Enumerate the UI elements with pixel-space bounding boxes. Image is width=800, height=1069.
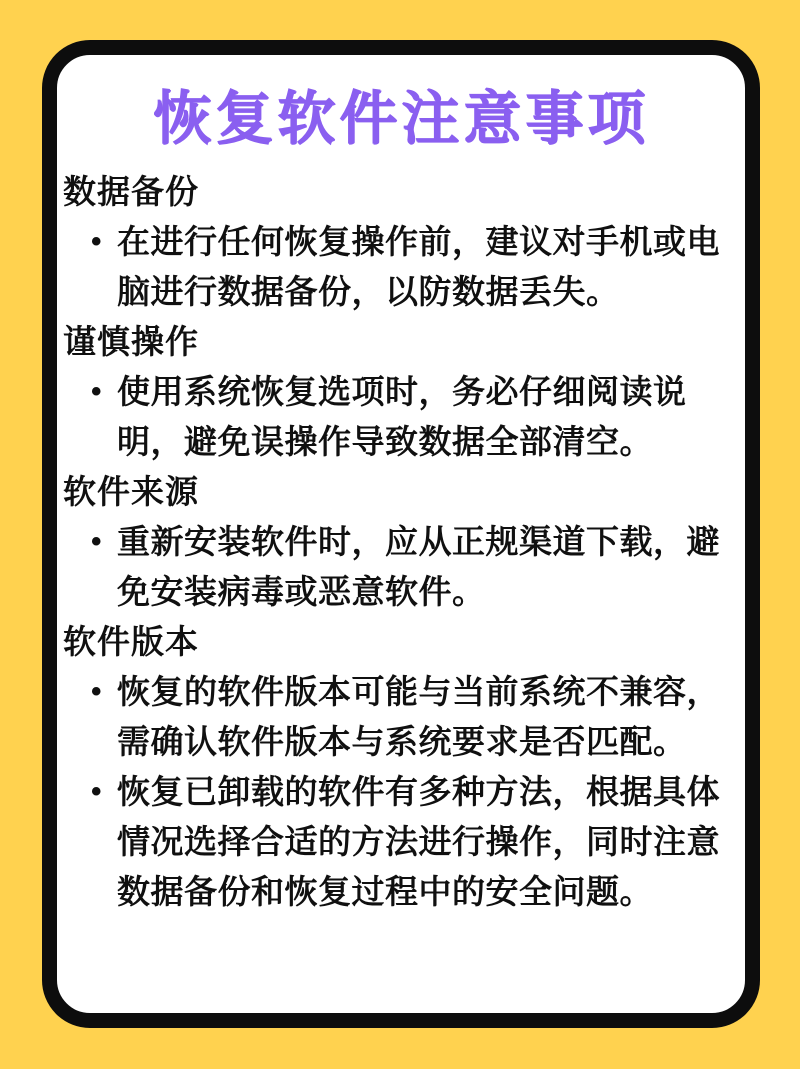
- bullet-text: 使用系统恢复选项时，务必仔细阅读说明，避免误操作导致数据全部清空。: [117, 367, 739, 467]
- notice-card: 恢复软件注意事项 数据备份 • 在进行任何恢复操作前，建议对手机或电脑进行数据备…: [42, 40, 760, 1028]
- section-careful-operation: 谨慎操作 • 使用系统恢复选项时，务必仔细阅读说明，避免误操作导致数据全部清空。: [61, 317, 741, 467]
- section-heading: 谨慎操作: [61, 317, 741, 367]
- bullet-text: 在进行任何恢复操作前，建议对手机或电脑进行数据备份，以防数据丢失。: [117, 217, 739, 317]
- poster-page: { "title": "恢复软件注意事项", "bullet_marker": …: [0, 0, 800, 1069]
- bullet-marker: •: [91, 667, 117, 717]
- list-item: • 在进行任何恢复操作前，建议对手机或电脑进行数据备份，以防数据丢失。: [91, 217, 739, 317]
- card-content: 恢复软件注意事项 数据备份 • 在进行任何恢复操作前，建议对手机或电脑进行数据备…: [57, 55, 745, 917]
- section-software-version: 软件版本 • 恢复的软件版本可能与当前系统不兼容，需确认软件版本与系统要求是否匹…: [61, 617, 741, 917]
- section-heading: 软件来源: [61, 467, 741, 517]
- bullet-text: 重新安装软件时，应从正规渠道下载，避免安装病毒或恶意软件。: [117, 517, 739, 617]
- section-heading: 数据备份: [61, 167, 741, 217]
- bullet-marker: •: [91, 367, 117, 417]
- list-item: • 恢复的软件版本可能与当前系统不兼容，需确认软件版本与系统要求是否匹配。: [91, 667, 739, 767]
- bullet-marker: •: [91, 517, 117, 567]
- bullet-list: • 恢复的软件版本可能与当前系统不兼容，需确认软件版本与系统要求是否匹配。 • …: [91, 667, 741, 917]
- bullet-list: • 使用系统恢复选项时，务必仔细阅读说明，避免误操作导致数据全部清空。: [91, 367, 741, 467]
- section-data-backup: 数据备份 • 在进行任何恢复操作前，建议对手机或电脑进行数据备份，以防数据丢失。: [61, 167, 741, 317]
- bullet-text: 恢复已卸载的软件有多种方法，根据具体情况选择合适的方法进行操作，同时注意数据备份…: [117, 767, 739, 917]
- list-item: • 重新安装软件时，应从正规渠道下载，避免安装病毒或恶意软件。: [91, 517, 739, 617]
- section-software-source: 软件来源 • 重新安装软件时，应从正规渠道下载，避免安装病毒或恶意软件。: [61, 467, 741, 617]
- bullet-marker: •: [91, 767, 117, 817]
- bullet-list: • 重新安装软件时，应从正规渠道下载，避免安装病毒或恶意软件。: [91, 517, 741, 617]
- list-item: • 恢复已卸载的软件有多种方法，根据具体情况选择合适的方法进行操作，同时注意数据…: [91, 767, 739, 917]
- bullet-text: 恢复的软件版本可能与当前系统不兼容，需确认软件版本与系统要求是否匹配。: [117, 667, 739, 767]
- bullet-list: • 在进行任何恢复操作前，建议对手机或电脑进行数据备份，以防数据丢失。: [91, 217, 741, 317]
- page-title: 恢复软件注意事项: [61, 79, 741, 159]
- bullet-marker: •: [91, 217, 117, 267]
- section-heading: 软件版本: [61, 617, 741, 667]
- list-item: • 使用系统恢复选项时，务必仔细阅读说明，避免误操作导致数据全部清空。: [91, 367, 739, 467]
